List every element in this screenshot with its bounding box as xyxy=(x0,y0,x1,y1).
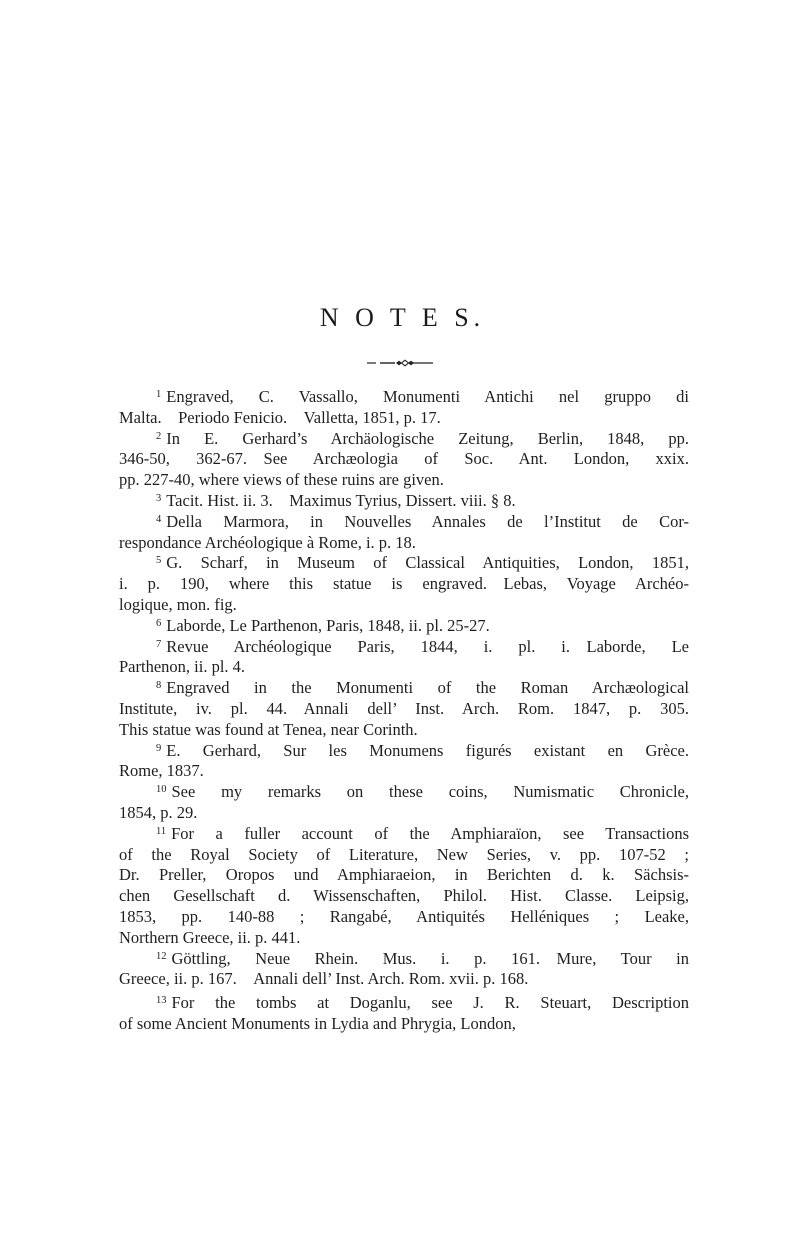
footnote-line: Dr. Preller, Oropos und Amphiaraeion, in… xyxy=(119,865,689,886)
footnote-line: 10See my remarks on these coins, Numisma… xyxy=(119,782,689,803)
footnote-line: 11For a fuller account of the Amphiaraïo… xyxy=(119,824,689,845)
footnote-line: 2In E. Gerhard’s Archäologische Zeitung,… xyxy=(119,429,689,450)
footnote-line: 3Tacit. Hist. ii. 3. Maximus Tyrius, Dis… xyxy=(119,491,689,512)
footnote-line: This statue was found at Tenea, near Cor… xyxy=(119,720,689,741)
footnote-marker: 4 xyxy=(156,514,161,525)
footnote-line: 1854, p. 29. xyxy=(119,803,689,824)
footnote-marker: 9 xyxy=(156,743,161,754)
footnote-line: 6Laborde, Le Parthenon, Paris, 1848, ii.… xyxy=(119,616,689,637)
diamond-rule-icon xyxy=(367,358,433,368)
footnote: 6Laborde, Le Parthenon, Paris, 1848, ii.… xyxy=(119,616,689,637)
footnote-line: chen Gesellschaft d. Wissenschaften, Phi… xyxy=(119,886,689,907)
footnote-line: 1853, pp. 140-88 ; Rangabé, Antiquités H… xyxy=(119,907,689,928)
footnote: 5G. Scharf, in Museum of Classical Antiq… xyxy=(119,553,689,615)
footnote: 4Della Marmora, in Nouvelles Annales de … xyxy=(119,512,689,554)
footnote-marker: 3 xyxy=(156,493,161,504)
footnote-marker: 1 xyxy=(156,389,161,400)
footnote-line: 13For the tombs at Doganlu, see J. R. St… xyxy=(119,993,689,1014)
notes-list: 1Engraved, C. Vassallo, Monumenti Antich… xyxy=(119,387,689,1035)
footnote-marker: 11 xyxy=(156,826,166,837)
footnote-line: 8Engraved in the Monumenti of the Roman … xyxy=(119,678,689,699)
footnote-marker: 8 xyxy=(156,680,161,691)
footnote: 7Revue Archéologique Paris, 1844, i. pl.… xyxy=(119,637,689,679)
footnote-line: Institute, iv. pl. 44. Annali dell’ Inst… xyxy=(119,699,689,720)
footnote-line: Malta. Periodo Fenicio. Valletta, 1851, … xyxy=(119,408,689,429)
footnote-marker: 7 xyxy=(156,639,161,650)
footnote-marker: 12 xyxy=(156,951,167,962)
footnote-marker: 10 xyxy=(156,784,167,795)
book-page: N O T E S. 1Engraved, C. Vassallo, Monum… xyxy=(0,0,800,1237)
footnote-line: pp. 227-40, where views of these ruins a… xyxy=(119,470,689,491)
footnote-line: Northern Greece, ii. p. 441. xyxy=(119,928,689,949)
footnote-marker: 6 xyxy=(156,618,161,629)
footnote: 11For a fuller account of the Amphiaraïo… xyxy=(119,824,689,949)
footnote-line: 346-50, 362-67. See Archæologia of Soc. … xyxy=(119,449,689,470)
footnote: 13For the tombs at Doganlu, see J. R. St… xyxy=(119,993,689,1035)
footnote-line: Greece, ii. p. 167. Annali dell’ Inst. A… xyxy=(119,969,689,990)
footnote-line: 4Della Marmora, in Nouvelles Annales de … xyxy=(119,512,689,533)
footnote: 1Engraved, C. Vassallo, Monumenti Antich… xyxy=(119,387,689,429)
footnote-line: 1Engraved, C. Vassallo, Monumenti Antich… xyxy=(119,387,689,408)
footnote-line: Parthenon, ii. pl. 4. xyxy=(119,657,689,678)
footnote-line: logique, mon. fig. xyxy=(119,595,689,616)
footnote-line: Rome, 1837. xyxy=(119,761,689,782)
footnote-marker: 2 xyxy=(156,431,161,442)
footnote-line: respondance Archéologique à Rome, i. p. … xyxy=(119,533,689,554)
footnote-marker: 5 xyxy=(156,555,161,566)
footnote-line: 5G. Scharf, in Museum of Classical Antiq… xyxy=(119,553,689,574)
footnote-marker: 13 xyxy=(156,995,167,1006)
footnote: 3Tacit. Hist. ii. 3. Maximus Tyrius, Dis… xyxy=(119,491,689,512)
footnote-line: 7Revue Archéologique Paris, 1844, i. pl.… xyxy=(119,637,689,658)
footnote-line: of the Royal Society of Literature, New … xyxy=(119,845,689,866)
footnote-line: i. p. 190, where this statue is engraved… xyxy=(119,574,689,595)
footnote: 12Göttling, Neue Rhein. Mus. i. p. 161. … xyxy=(119,949,689,991)
footnote: 9E. Gerhard, Sur les Monumens figurés ex… xyxy=(119,741,689,783)
footnote-line: of some Ancient Monuments in Lydia and P… xyxy=(119,1014,689,1035)
footnote-line: 9E. Gerhard, Sur les Monumens figurés ex… xyxy=(119,741,689,762)
footnote: 8Engraved in the Monumenti of the Roman … xyxy=(119,678,689,740)
footnote: 2In E. Gerhard’s Archäologische Zeitung,… xyxy=(119,429,689,491)
footnote: 10See my remarks on these coins, Numisma… xyxy=(119,782,689,824)
footnote-line: 12Göttling, Neue Rhein. Mus. i. p. 161. … xyxy=(119,949,689,970)
page-title: N O T E S. xyxy=(0,303,800,333)
